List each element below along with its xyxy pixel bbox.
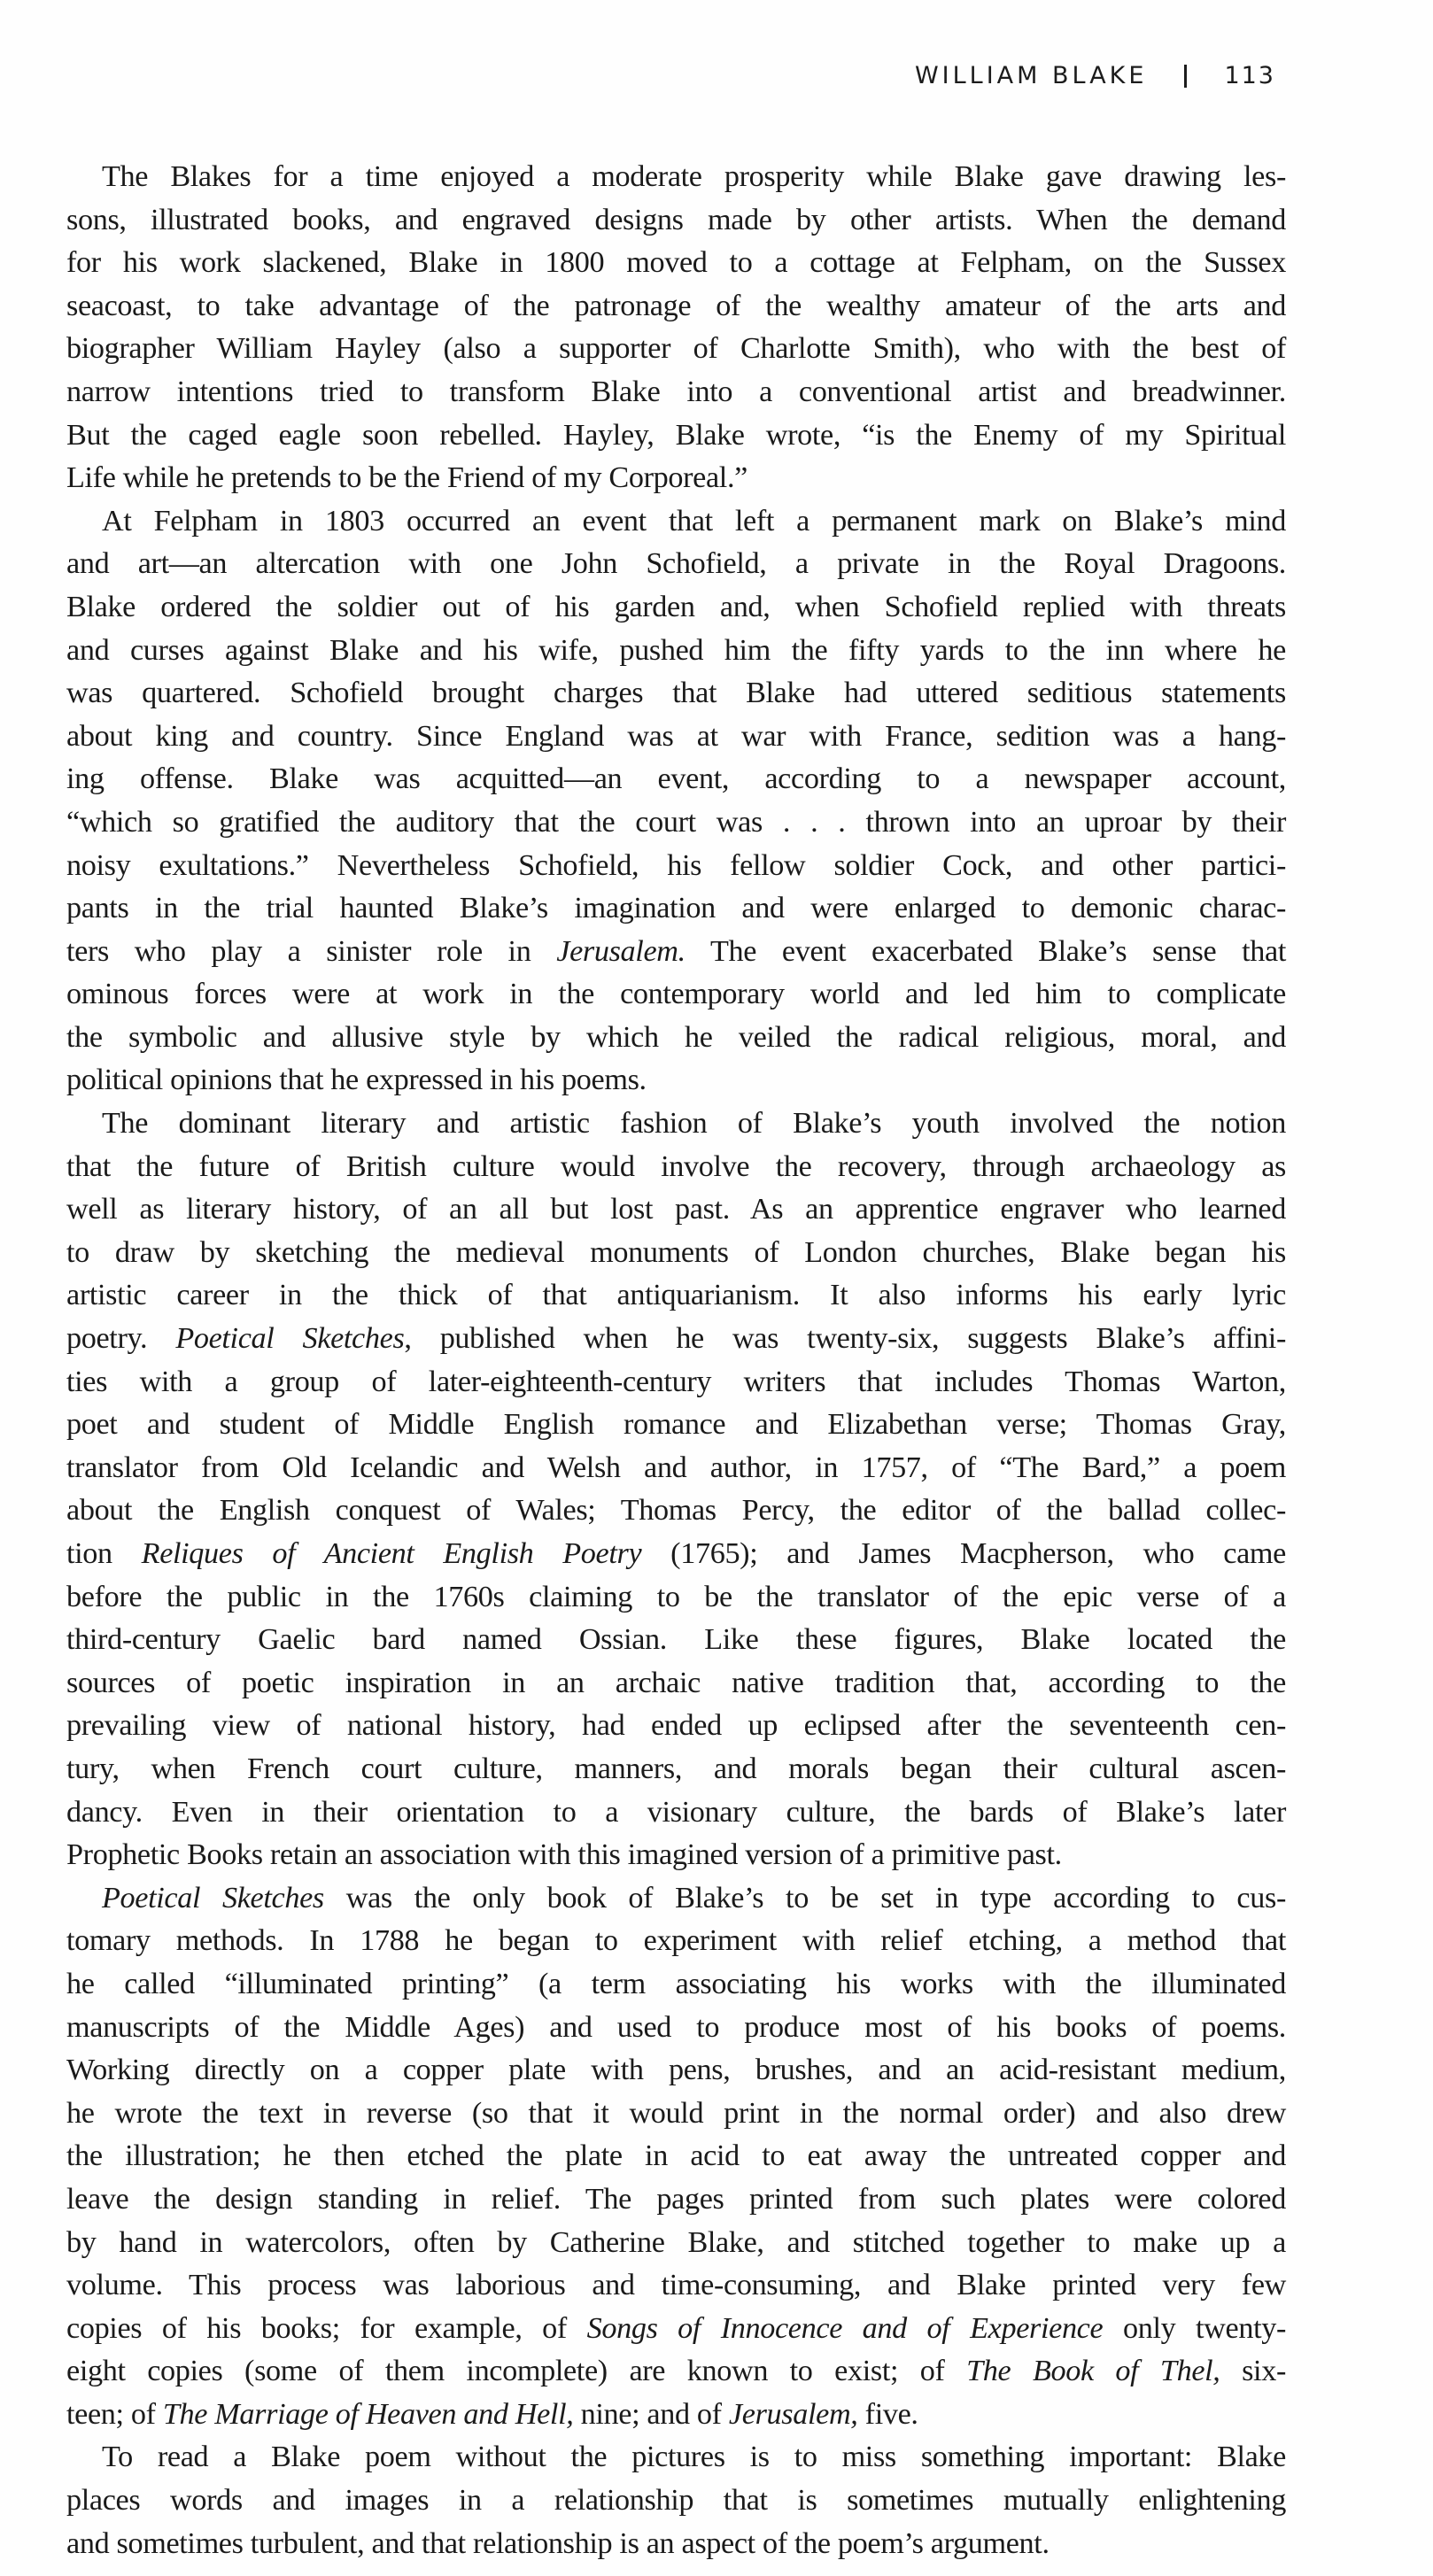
- text-line: third-century Gaelic bard named Ossian. …: [66, 1619, 1286, 1662]
- italic-title: Poetical Sketches: [102, 1882, 324, 1915]
- text-line: by hand in watercolors, often by Catheri…: [66, 2222, 1286, 2265]
- text-line: But the caged eagle soon rebelled. Hayle…: [66, 414, 1286, 458]
- text-line: noisy exultations.” Nevertheless Schofie…: [66, 845, 1286, 888]
- page-number: 113: [1224, 62, 1275, 89]
- text-line: Blake ordered the soldier out of his gar…: [66, 586, 1286, 630]
- text-line: Poetical Sketches was the only book of B…: [66, 1877, 1286, 1921]
- paragraph-4: Poetical Sketches was the only book of B…: [66, 1877, 1286, 2437]
- text-line: he wrote the text in reverse (so that it…: [66, 2093, 1286, 2136]
- running-head-title: WILLIAM BLAKE: [915, 62, 1147, 89]
- text-line: ominous forces were at work in the conte…: [66, 973, 1286, 1017]
- text-line: The dominant literary and artistic fashi…: [66, 1102, 1286, 1146]
- text-line: tion Reliques of Ancient English Poetry …: [66, 1533, 1286, 1576]
- text-line: to draw by sketching the medieval monume…: [66, 1232, 1286, 1275]
- text-line: pants in the trial haunted Blake’s imagi…: [66, 887, 1286, 931]
- text-line: tomary methods. In 1788 he began to expe…: [66, 1920, 1286, 1963]
- text-line: The Blakes for a time enjoyed a moderate…: [66, 156, 1286, 199]
- text-line: Life while he pretends to be the Friend …: [66, 457, 1286, 500]
- text-line: was quartered. Schofield brought charges…: [66, 672, 1286, 716]
- text-line: teen; of The Marriage of Heaven and Hell…: [66, 2394, 1286, 2437]
- text-line: “which so gratified the auditory that th…: [66, 801, 1286, 845]
- paragraph-5: To read a Blake poem without the picture…: [66, 2436, 1286, 2565]
- text-line: the symbolic and allusive style by which…: [66, 1017, 1286, 1060]
- text-line: volume. This process was laborious and t…: [66, 2264, 1286, 2308]
- text-line: At Felpham in 1803 occurred an event tha…: [66, 500, 1286, 544]
- italic-title: Poetical Sketches: [175, 1322, 404, 1355]
- text-line: political opinions that he expressed in …: [66, 1059, 1286, 1102]
- body-text: The Blakes for a time enjoyed a moderate…: [66, 156, 1286, 2565]
- italic-title: The Marriage of Heaven and Hell,: [163, 2398, 574, 2431]
- italic-title: Jerusalem,: [729, 2398, 858, 2431]
- text-line: before the public in the 1760s claiming …: [66, 1576, 1286, 1620]
- text-line: biographer William Hayley (also a suppor…: [66, 328, 1286, 371]
- text-line: eight copies (some of them incomplete) a…: [66, 2350, 1286, 2394]
- text-line: translator from Old Icelandic and Welsh …: [66, 1447, 1286, 1490]
- text-line: To read a Blake poem without the picture…: [66, 2436, 1286, 2479]
- running-head: WILLIAM BLAKE 113: [915, 62, 1275, 89]
- text-line: artistic career in the thick of that ant…: [66, 1274, 1286, 1318]
- italic-title: The Book of Thel,: [966, 2355, 1220, 2387]
- text-line: and art—an altercation with one John Sch…: [66, 543, 1286, 586]
- text-line: for his work slackened, Blake in 1800 mo…: [66, 242, 1286, 285]
- text-line: Working directly on a copper plate with …: [66, 2049, 1286, 2093]
- paragraph-1: The Blakes for a time enjoyed a moderate…: [66, 156, 1286, 500]
- text-line: dancy. Even in their orientation to a vi…: [66, 1791, 1286, 1835]
- text-line: sources of poetic inspiration in an arch…: [66, 1662, 1286, 1706]
- text-line: tury, when French court culture, manners…: [66, 1748, 1286, 1791]
- text-line: ters who play a sinister role in Jerusal…: [66, 931, 1286, 974]
- text-line: well as literary history, of an all but …: [66, 1188, 1286, 1232]
- text-line: poet and student of Middle English roman…: [66, 1404, 1286, 1447]
- text-line: poetry. Poetical Sketches, published whe…: [66, 1318, 1286, 1361]
- italic-title: Jerusalem.: [556, 935, 686, 968]
- text-line: and sometimes turbulent, and that relati…: [66, 2523, 1286, 2566]
- text-line: about king and country. Since England wa…: [66, 716, 1286, 759]
- paragraph-2: At Felpham in 1803 occurred an event tha…: [66, 500, 1286, 1102]
- text-line: places words and images in a relationshi…: [66, 2479, 1286, 2523]
- text-line: narrow intentions tried to transform Bla…: [66, 371, 1286, 414]
- paragraph-3: The dominant literary and artistic fashi…: [66, 1102, 1286, 1877]
- text-line: leave the design standing in relief. The…: [66, 2178, 1286, 2222]
- text-line: he called “illuminated printing” (a term…: [66, 1963, 1286, 2007]
- text-line: sons, illustrated books, and engraved de…: [66, 199, 1286, 243]
- text-line: Prophetic Books retain an association wi…: [66, 1834, 1286, 1877]
- text-line: the illustration; he then etched the pla…: [66, 2135, 1286, 2178]
- text-line: ing offense. Blake was acquitted—an even…: [66, 758, 1286, 801]
- italic-title: Songs of Innocence and of Experience: [587, 2312, 1104, 2345]
- text-line: that the future of British culture would…: [66, 1146, 1286, 1189]
- text-line: manuscripts of the Middle Ages) and used…: [66, 2007, 1286, 2050]
- running-head-separator: [1184, 65, 1187, 88]
- book-page: WILLIAM BLAKE 113 The Blakes for a time …: [0, 0, 1433, 2576]
- text-line: seacoast, to take advantage of the patro…: [66, 285, 1286, 329]
- italic-title: Reliques of Ancient English Poetry: [142, 1537, 642, 1570]
- text-line: ties with a group of later-eighteenth-ce…: [66, 1361, 1286, 1404]
- text-line: about the English conquest of Wales; Tho…: [66, 1489, 1286, 1533]
- text-line: prevailing view of national history, had…: [66, 1705, 1286, 1748]
- text-line: and curses against Blake and his wife, p…: [66, 630, 1286, 673]
- text-line: copies of his books; for example, of Son…: [66, 2308, 1286, 2351]
